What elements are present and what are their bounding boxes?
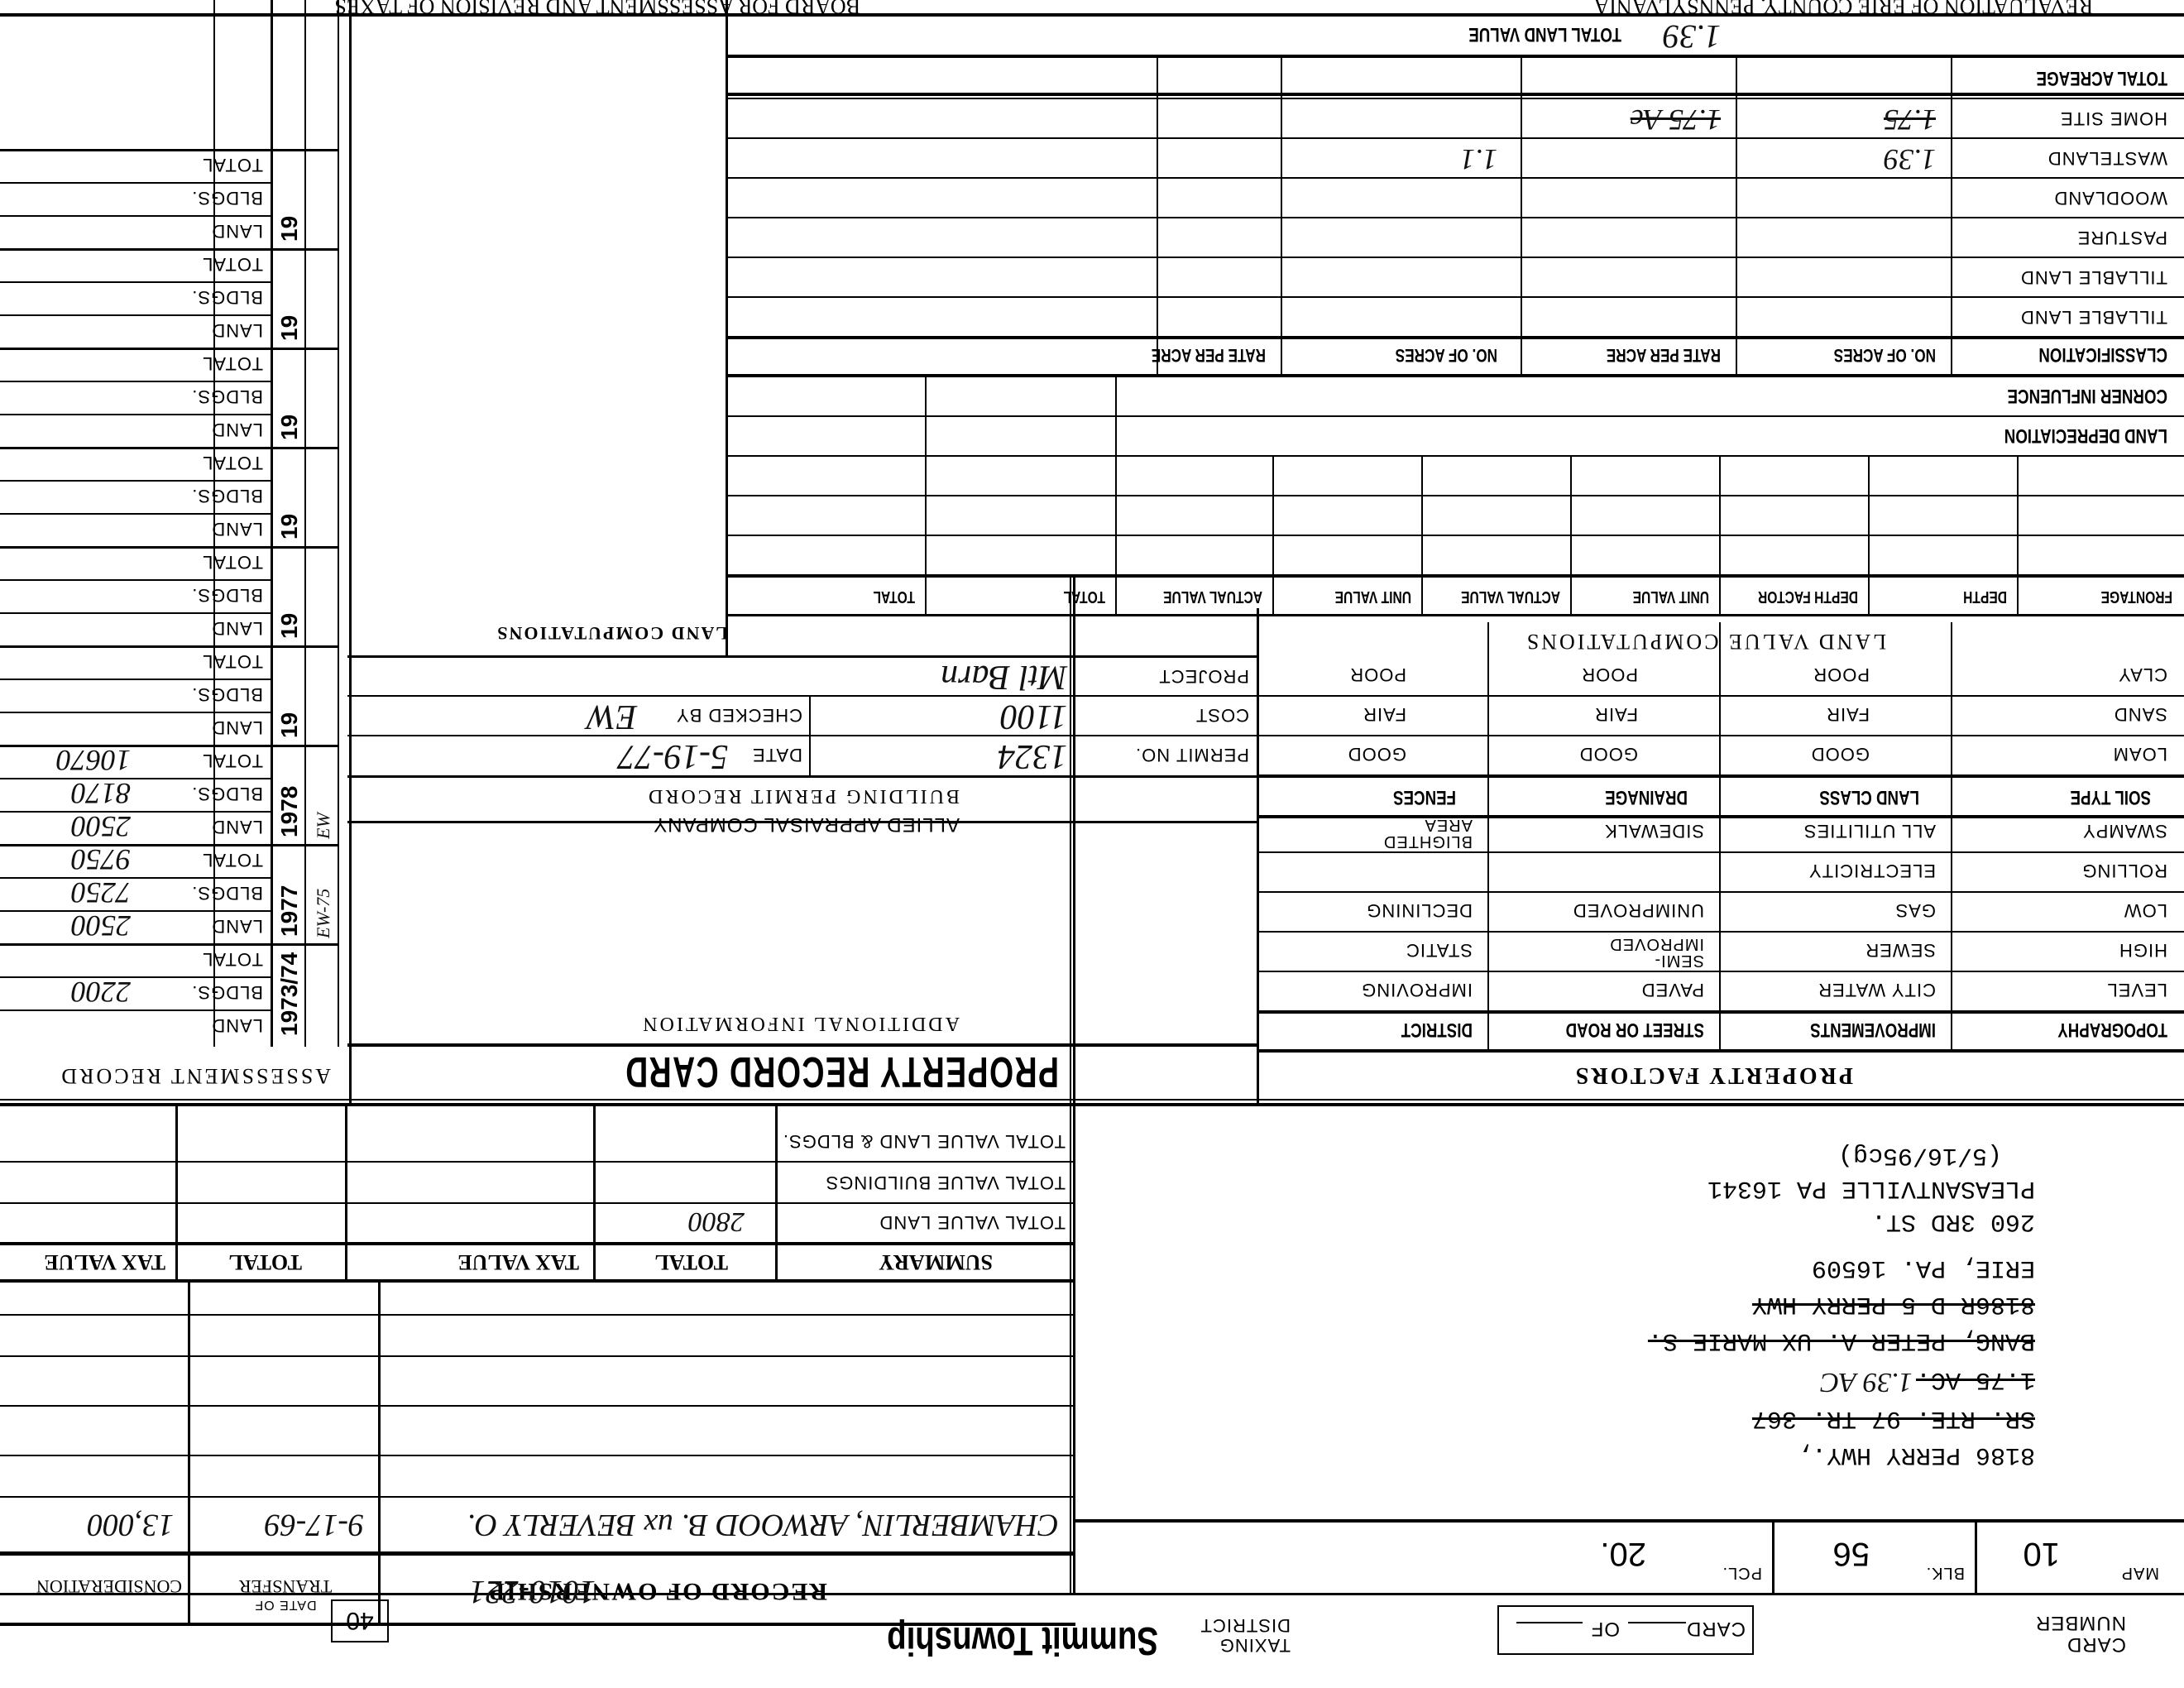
assessment-row-label: LAND bbox=[211, 1014, 263, 1036]
checked-by-label: CHECKED BY bbox=[676, 704, 802, 726]
no-of-acres-label: NO. OF ACRES bbox=[1396, 344, 1497, 366]
land-value-col-header: UNIT VALUE bbox=[1335, 587, 1411, 606]
assessment-year-block: 19LANDBLDGS.TOTAL bbox=[0, 447, 338, 546]
pf-option[interactable]: SAND bbox=[2114, 703, 2167, 725]
pf-col-land-class: LAND CLASS bbox=[1819, 785, 1919, 808]
assessment-row-label: LAND bbox=[211, 617, 263, 639]
land-classification-grid: TILLABLE LANDTILLABLE LANDPASTUREWOODLAN… bbox=[728, 96, 2184, 336]
pf-option[interactable]: LEVEL bbox=[2107, 979, 2168, 1000]
rate-per-acre-label: RATE PER ACRE bbox=[1152, 344, 1266, 366]
assessment-row-label: TOTAL bbox=[202, 750, 263, 771]
assessment-row-label: TOTAL bbox=[202, 849, 263, 870]
permit-no-value: 1324 bbox=[998, 736, 1067, 776]
pf-option[interactable]: HIGH bbox=[2119, 939, 2167, 961]
land-value-col-header: ACTUAL VALUE bbox=[1163, 587, 1262, 606]
summary-col-tax-1: TAX VALUE bbox=[457, 1249, 579, 1274]
assessment-year-block: 1978EWLAND2500BLDGS.8170TOTAL10670 bbox=[0, 745, 338, 844]
assessment-row-label: BLDGS. bbox=[191, 187, 263, 209]
pf-option[interactable]: GAS bbox=[1895, 899, 1936, 921]
blk-label: BLK. bbox=[1926, 1563, 1965, 1582]
land-value-col-header: FRONTAGE bbox=[2101, 587, 2172, 606]
pf-option[interactable]: FAIR bbox=[1363, 703, 1406, 725]
acreage-line-struck: 1.75 AC. bbox=[1916, 1365, 2035, 1393]
land-class-acres-1[interactable]: 1.39 bbox=[1884, 142, 1936, 177]
land-class-row: HOME SITE1.751.75 Ac bbox=[728, 98, 2184, 137]
address-line: 8186 PERRY HWY., bbox=[1125, 1436, 2035, 1473]
assessment-row-label: BLDGS. bbox=[191, 584, 263, 606]
prior-owner-line-struck: BANG, PETER A. UX MARIE S. bbox=[1125, 1322, 2035, 1359]
taxing-district-label: TAXING DISTRICT bbox=[1175, 1615, 1291, 1655]
classification-label: CLASSIFICATION bbox=[2038, 343, 2167, 366]
total-land-value: 1.39 bbox=[1663, 17, 1721, 56]
pf-option[interactable]: SEWER bbox=[1865, 939, 1936, 961]
assessment-row-label: TOTAL bbox=[202, 551, 263, 573]
pf-col-street-road: STREET OR ROAD bbox=[1566, 1018, 1704, 1041]
assessment-bldgs-value: 2200 bbox=[71, 975, 131, 1009]
mailing-address-line: 260 3RD ST. bbox=[1125, 1205, 2035, 1238]
land-class-name: PASTURE bbox=[2077, 227, 2167, 248]
pf-col-soil-type: SOIL TYPE bbox=[2071, 785, 2151, 808]
assessment-bldgs-value: 8170 bbox=[71, 776, 131, 811]
summary-title: SUMMARY bbox=[879, 1249, 993, 1274]
assessment-bldgs-value: 7250 bbox=[71, 875, 131, 910]
assessment-row-label: LAND bbox=[211, 419, 263, 440]
pf-option[interactable]: GOOD bbox=[1348, 743, 1406, 765]
rate-per-acre-label: RATE PER ACRE bbox=[1607, 344, 1721, 366]
land-class-row: PASTURE bbox=[728, 217, 2184, 257]
pf-option[interactable]: SIDEWALK bbox=[1604, 820, 1704, 842]
board-title: BOARD FOR ASSESSMENT AND REVISION OF TAX… bbox=[334, 0, 860, 18]
pf-option[interactable]: CLAY bbox=[2118, 664, 2167, 685]
land-value-title: LAND VALUE COMPUTATIONS bbox=[1525, 629, 1886, 654]
appraisal-company: ALLIED APPRAISAL COMPANY bbox=[653, 813, 960, 836]
land-class-rate-1[interactable]: 1.75 Ac bbox=[1631, 103, 1721, 137]
pf-option[interactable]: POOR bbox=[1581, 664, 1638, 685]
assessment-year: 19 bbox=[275, 315, 304, 341]
assessment-land-value: 2500 bbox=[71, 809, 131, 844]
permit-date-value: 5-19-77 bbox=[618, 736, 728, 776]
mailing-city-line: PLEASANTVILLE PA 16341 bbox=[1125, 1172, 2035, 1205]
assessment-year: 19 bbox=[275, 415, 304, 440]
building-permit-title: BUILDING PERMIT RECORD bbox=[646, 784, 960, 807]
assessment-total-value: 9750 bbox=[71, 842, 131, 877]
land-class-name: WOODLAND bbox=[2053, 187, 2167, 209]
summary-row-label: TOTAL VALUE LAND bbox=[879, 1211, 1066, 1233]
assessment-year-block: 19LANDBLDGS.TOTAL bbox=[0, 248, 338, 348]
assessment-row-label: BLDGS. bbox=[191, 286, 263, 308]
assessment-row-label: TOTAL bbox=[202, 650, 263, 672]
land-class-name: WASTELAND bbox=[2047, 147, 2167, 169]
assessment-row-label: BLDGS. bbox=[191, 783, 263, 804]
additional-info-title: ADDITIONAL INFORMATION bbox=[640, 1012, 960, 1034]
assessment-row-label: BLDGS. bbox=[191, 485, 263, 506]
land-value-col-header: TOTAL bbox=[873, 587, 915, 606]
land-class-name: HOME SITE bbox=[2060, 108, 2167, 129]
permit-date-label: DATE bbox=[752, 744, 802, 765]
total-acreage-label: TOTAL ACREAGE bbox=[2037, 66, 2167, 89]
pf-option[interactable]: DECLINING bbox=[1366, 899, 1473, 921]
checked-by-value: EW bbox=[587, 697, 637, 736]
project-value: Mtl Barn bbox=[941, 657, 1067, 697]
pf-option[interactable]: FAIR bbox=[1826, 703, 1870, 725]
land-value-col-header: ACTUAL VALUE bbox=[1461, 587, 1560, 606]
property-factors-title: PROPERTY FACTORS bbox=[1573, 1062, 1853, 1088]
permit-cost-label: COST bbox=[1195, 704, 1249, 726]
land-value-col-header: UNIT VALUE bbox=[1633, 587, 1709, 606]
assessment-year-block: 19LANDBLDGS.TOTAL bbox=[0, 348, 338, 447]
address-line-struck: SR. RTE. 97 TR. 367 bbox=[1125, 1400, 2035, 1436]
project-label: PROJECT bbox=[1158, 665, 1249, 687]
assessment-year: 19 bbox=[275, 514, 304, 539]
total-land-value-label: TOTAL LAND VALUE bbox=[1468, 22, 1621, 46]
pf-option[interactable]: ALL UTILITIES bbox=[1803, 820, 1936, 842]
land-value-col-header: DEPTH bbox=[1963, 587, 2007, 606]
property-record-card: CARD NUMBER CARD OF TAXING DISTRICT Summ… bbox=[0, 0, 2184, 1688]
assessment-row-label: BLDGS. bbox=[191, 882, 263, 904]
pf-option[interactable]: ROLLING bbox=[2081, 860, 2167, 881]
assessment-total-value: 10670 bbox=[56, 743, 131, 778]
acreage-handwritten: 1.39 AC bbox=[1821, 1367, 1913, 1398]
land-value-col-header: TOTAL bbox=[1063, 587, 1105, 606]
land-class-name: TILLABLE LAND bbox=[2020, 306, 2167, 328]
pf-option[interactable]: POOR bbox=[1349, 664, 1406, 685]
assessment-row-label: BLDGS. bbox=[191, 683, 263, 705]
pf-option[interactable]: FAIR bbox=[1594, 703, 1638, 725]
land-class-name: TILLABLE LAND bbox=[2020, 266, 2167, 288]
land-class-acres-1[interactable]: 1.75 bbox=[1884, 103, 1936, 137]
permit-cost-value: 1100 bbox=[1000, 697, 1067, 736]
land-value-col-header: DEPTH FACTOR bbox=[1758, 587, 1858, 606]
assessment-row-label: LAND bbox=[211, 518, 263, 539]
assessment-year-block: 19LANDBLDGS.TOTAL bbox=[0, 546, 338, 645]
assessment-year: 1978 bbox=[275, 786, 304, 837]
assessment-year-block: 19LANDBLDGS.TOTAL bbox=[0, 149, 338, 248]
summary-row-label: TOTAL VALUE BUILDINGS bbox=[826, 1172, 1066, 1193]
summary-land-total: 2800 bbox=[688, 1206, 745, 1237]
assessment-year: 1977 bbox=[275, 885, 304, 937]
blk-value: 56 bbox=[1833, 1535, 1870, 1572]
summary-col-tax-2: TAX VALUE bbox=[44, 1249, 165, 1274]
pf-option[interactable]: SEMI-IMPROVED bbox=[1580, 936, 1704, 969]
assessment-row-label: BLDGS. bbox=[191, 386, 263, 407]
land-computations-label: LAND COMPUTATIONS bbox=[496, 622, 728, 644]
assessment-year: 19 bbox=[275, 613, 304, 639]
assessment-row-label: TOTAL bbox=[202, 154, 263, 175]
pcl-value: 20. bbox=[1600, 1535, 1646, 1572]
property-factors-grid: LEVEL CITY WATER PAVED IMPROVING HIGH SE… bbox=[1257, 813, 2184, 1010]
summary-col-total-1: TOTAL bbox=[654, 1249, 728, 1274]
summary-col-total-2: TOTAL bbox=[228, 1249, 302, 1274]
assessment-row-label: TOTAL bbox=[202, 352, 263, 374]
pf-col-topography: TOPOGRAPHY bbox=[2057, 1018, 2167, 1041]
transfer-date: 9-17-69 bbox=[265, 1507, 364, 1543]
pf-option[interactable]: STATIC bbox=[1406, 939, 1473, 961]
address-line: ERIE, PA. 16509 bbox=[1125, 1249, 2035, 1286]
revaluation-title: REVALUATION OF ERIE COUNTY, PENNSYLVANIA bbox=[1593, 0, 2093, 18]
assessment-row-label: LAND bbox=[211, 816, 263, 837]
pf-option[interactable]: GOOD bbox=[1579, 743, 1638, 765]
prior-address-line-struck: 8186R-D 5 PERRY HWY bbox=[1125, 1286, 2035, 1322]
assessment-land-value: 2500 bbox=[71, 909, 131, 943]
pf-col-district: DISTRICT bbox=[1401, 1018, 1473, 1041]
map-label: MAP bbox=[2121, 1563, 2159, 1582]
land-class-row: TILLABLE LAND bbox=[728, 296, 2184, 336]
pf-option[interactable]: ELECTRICITY bbox=[1808, 860, 1936, 881]
assessment-row-label: LAND bbox=[211, 717, 263, 738]
pf-option[interactable]: LOAM bbox=[2113, 743, 2167, 765]
assessment-year-block: 19LANDBLDGS.TOTAL bbox=[0, 645, 338, 745]
pf-option[interactable]: GOOD bbox=[1811, 743, 1870, 765]
pf-option[interactable]: UNIMPROVED bbox=[1573, 899, 1704, 921]
pf-col-improvements: IMPROVEMENTS bbox=[1810, 1018, 1936, 1041]
assessment-year: 1973/74 bbox=[275, 952, 304, 1036]
pf-option[interactable]: PAVED bbox=[1641, 979, 1704, 1000]
deed-reference: 1010-221 bbox=[469, 1573, 596, 1612]
land-class-row: WOODLAND bbox=[728, 177, 2184, 217]
assessment-row-label: TOTAL bbox=[202, 452, 263, 473]
assessment-row-label: TOTAL bbox=[202, 948, 263, 970]
card-of-box[interactable]: CARD OF bbox=[1497, 1605, 1754, 1655]
assessment-row-label: LAND bbox=[211, 319, 263, 341]
owner-address-block: 8186 PERRY HWY., SR. RTE. 97 TR. 367 1.7… bbox=[1125, 1139, 2035, 1473]
assessment-year: 19 bbox=[275, 712, 304, 738]
assessment-year-block: 1977EW-75LAND2500BLDGS.7250TOTAL9750 bbox=[0, 844, 338, 943]
consideration-value: 13,000 bbox=[88, 1507, 175, 1543]
transfer-label: TRANSFER bbox=[199, 1575, 372, 1597]
pcl-label: PCL. bbox=[1722, 1563, 1762, 1582]
assessment-row-label: TOTAL bbox=[202, 253, 263, 275]
pf-col-drainage: DRAINAGE bbox=[1605, 785, 1688, 808]
assessment-note: EW bbox=[313, 813, 334, 839]
assessment-title: ASSESSMENT RECORD bbox=[59, 1063, 331, 1088]
pf-option[interactable]: LOW bbox=[2124, 899, 2167, 921]
pf-col-fences: FENCES bbox=[1393, 785, 1456, 808]
owner-name: CHAMBERLIN, ARWOOD B. ux BEVERLY O. bbox=[467, 1507, 1059, 1543]
permit-no-label: PERMIT NO. bbox=[1135, 744, 1249, 765]
pf-option[interactable]: SWAMPY bbox=[2082, 820, 2167, 842]
land-class-acres-2[interactable]: 1.1 bbox=[1460, 142, 1497, 177]
corner-influence-label: CORNER INFLUENCE bbox=[2008, 384, 2167, 407]
assessment-grid: 1973/74LANDBLDGS.2200TOTAL1977EW-75LAND2… bbox=[0, 0, 338, 1043]
map-value: 10 bbox=[2024, 1535, 2061, 1572]
date-of-label: DATE OF bbox=[199, 1597, 372, 1612]
assessment-year-block: 1973/74LANDBLDGS.2200TOTAL bbox=[0, 943, 338, 1043]
card-title: PROPERTY RECORD CARD bbox=[625, 1047, 1059, 1096]
land-class-row: TILLABLE LAND bbox=[728, 257, 2184, 296]
no-of-acres-label: NO. OF ACRES bbox=[1834, 344, 1936, 366]
pf-option[interactable]: IMPROVING bbox=[1361, 979, 1473, 1000]
card-number-label: CARD NUMBER bbox=[2002, 1612, 2126, 1655]
update-stamp: (5/16/95cg) bbox=[1125, 1139, 2035, 1172]
assessment-note: EW-75 bbox=[313, 889, 334, 938]
pf-option[interactable]: BLIGHTED AREA bbox=[1348, 817, 1473, 850]
assessment-row-label: LAND bbox=[211, 915, 263, 937]
pf-option[interactable]: POOR bbox=[1813, 664, 1870, 685]
land-depreciation-label: LAND DEPRECIATION bbox=[2004, 424, 2167, 447]
assessment-year: 19 bbox=[275, 216, 304, 242]
consideration-label: CONSIDERATION bbox=[36, 1575, 182, 1597]
assessment-row-label: BLDGS. bbox=[191, 981, 263, 1003]
assessment-row-label: LAND bbox=[211, 220, 263, 242]
land-class-row: WASTELAND1.391.1 bbox=[728, 137, 2184, 177]
summary-row-label: TOTAL VALUE LAND & BLDGS. bbox=[783, 1130, 1066, 1152]
pf-option[interactable]: CITY WATER bbox=[1818, 979, 1936, 1000]
